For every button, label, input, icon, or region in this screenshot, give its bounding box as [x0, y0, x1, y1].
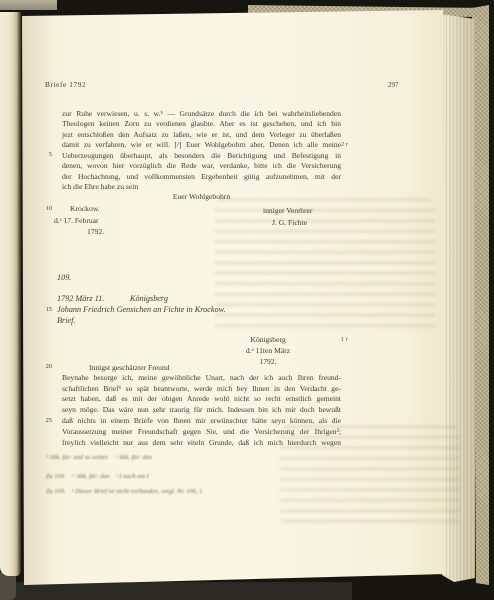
line-number-10: 10	[34, 205, 52, 212]
folio-note-1r: 1 r	[341, 336, 348, 343]
footnote-line: Zu 109. ¹ Dieser Brief ist nicht vorhand…	[46, 488, 204, 495]
letter-heading-type: Brief.	[57, 316, 75, 325]
letter-body-line: damit zu verfahren, wie er will. [/] Eue…	[62, 140, 341, 150]
letter-heading-desc: Johann Friedrich Gensichen an Fichte in …	[57, 305, 226, 314]
letter-body-line: Theologen keinen Zorn zu verdienen glaub…	[62, 119, 341, 129]
year-line: 1792.	[87, 227, 104, 236]
letter-heading-date: 1792 März 11.	[57, 294, 104, 303]
folio-note-2r: 2 r	[341, 141, 348, 148]
date-line: d.ᶜ 17. Februar	[54, 216, 99, 225]
letter-heading-place: Königsberg	[130, 294, 168, 303]
letter-body-line: schaftlichen Brief¹ so spät beantworte, …	[62, 384, 341, 394]
letter-body-line: Voraussetzung meiner Freundschaft gegen …	[62, 427, 341, 437]
letter-body-line: daß nichts in einem Briefe von Ihnen mir…	[62, 416, 341, 426]
line-number-25: 25	[34, 417, 52, 424]
place-krockow: Krockow.	[70, 204, 100, 213]
page-number: 297	[388, 81, 399, 89]
letter-body-line: freylich vielleicht nur aus dem sehr eit…	[62, 438, 341, 448]
letter-body-line: jezt entschloßen den Aufsatz zu laßen, w…	[62, 130, 341, 140]
printed-text-layer: Briefe 1792 297 zur Ruhe verwiesen, u. s…	[0, 0, 494, 600]
valediction: Euer Wohlgebohrn	[62, 192, 341, 201]
letter-number: 109.	[57, 273, 71, 282]
line-number-15: 15	[34, 306, 52, 313]
letter-body-line: setzt haben, daß es mit der obigen Anred…	[62, 394, 341, 404]
letter-body-line: der Hochachtung, und vollkommensten Erge…	[62, 172, 341, 182]
letter-body-line: Beynahe besorge ich, meine gewöhnliche U…	[62, 373, 341, 383]
salutation: Innigst geschätzter Freund	[89, 363, 170, 372]
line-number-5: 5	[34, 151, 52, 158]
dateline-date: d.ᵃ 11ten März	[238, 346, 298, 355]
signature-name: J. G. Fichte	[272, 218, 307, 227]
line-number-20: 20	[34, 363, 52, 370]
footnote-line: Zu 109. ᵃ Abk. für: den ¹ I nach am I	[46, 473, 149, 480]
dateline-year: 1792.	[238, 357, 298, 366]
signature-role: inniger Verehrer	[263, 206, 312, 215]
letter-body-line: seyn möge. Das wäre nun sehr traurig für…	[62, 405, 341, 415]
book-scan: Briefe 1792 297 zur Ruhe verwiesen, u. s…	[0, 0, 494, 600]
letter-body-line: ich die Ehre habe zu sein	[62, 182, 138, 191]
running-title: Briefe 1792	[45, 80, 86, 89]
letter-body-line: zur Ruhe verwiesen, u. s. w.ᵇ — Grundsät…	[62, 109, 341, 119]
letter-body-line: denen, wovon hier vorzüglich die Rede wa…	[62, 161, 341, 171]
dateline-place: Königsberg	[238, 335, 298, 344]
letter-body-line: Ueberzeugungen überhaupt, als besonders …	[62, 151, 341, 161]
footnote-line: ᵇ Abk. für: und so weiter. ᶜ Abk. für: d…	[46, 454, 152, 461]
